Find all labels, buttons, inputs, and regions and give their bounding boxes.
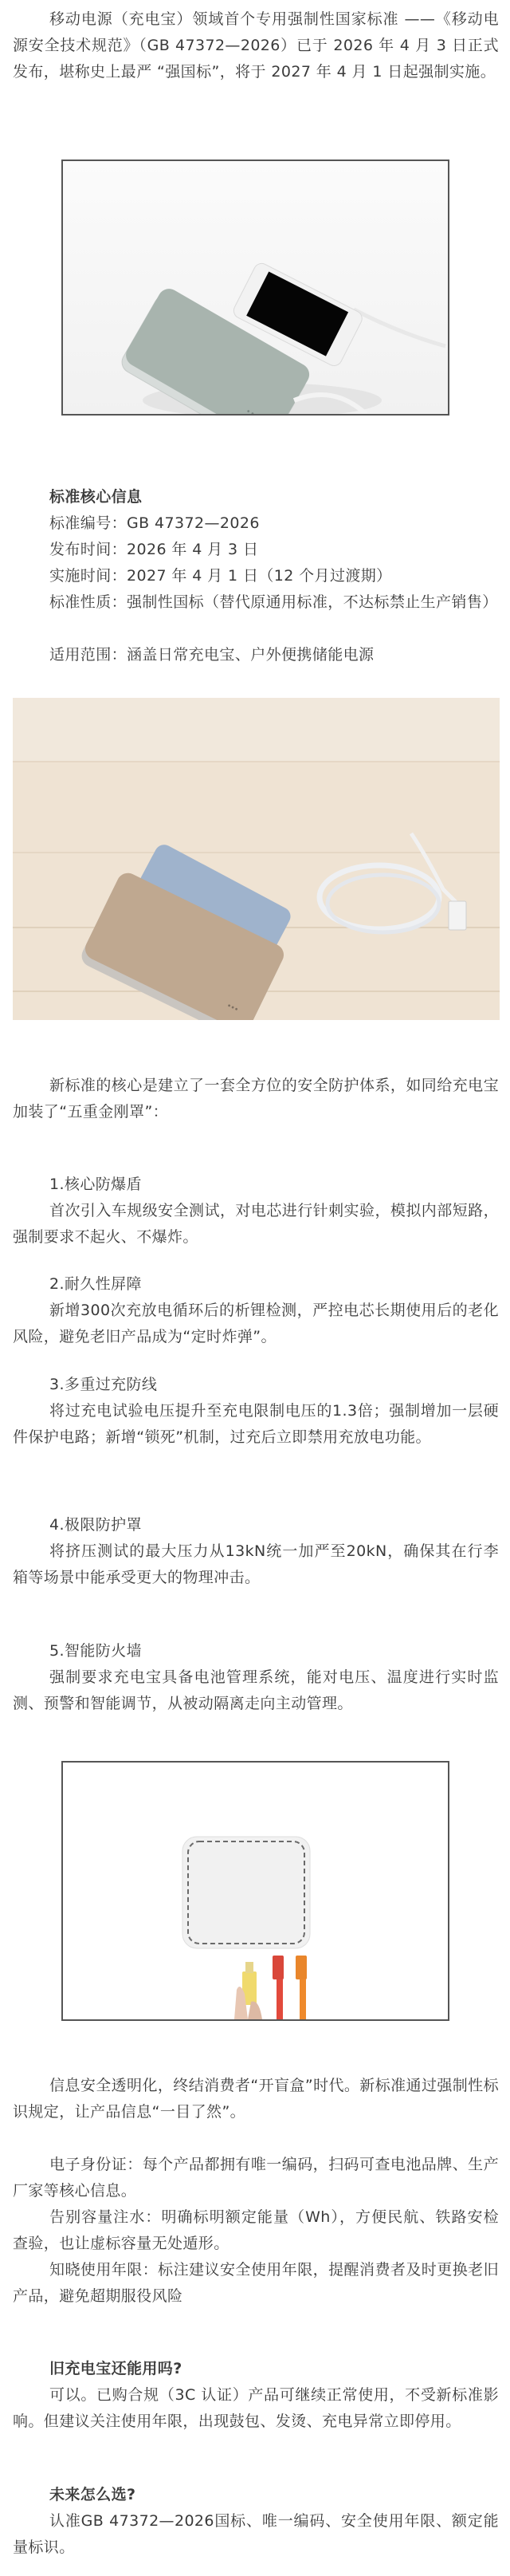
core-section-body: 首次引入车规级安全测试，对电芯进行针刺实验，模拟内部短路，强制要求不起火、不爆炸… <box>13 1198 499 1251</box>
core-section-title: 3.多重过充防线 <box>13 1372 499 1398</box>
standard-info-label: 标准性质： <box>49 593 127 611</box>
transparency-item: 电子身份证：每个产品都拥有唯一编码，扫码可查电池品牌、生产厂家等核心信息。 <box>13 2152 499 2204</box>
standard-info-item: 发布时间：2026 年 4 月 3 日 <box>13 537 499 563</box>
faq-question: 未来怎么选? <box>13 2482 499 2508</box>
standard-info-heading: 标准核心信息 <box>13 484 499 510</box>
core-section-body: 将挤压测试的最大压力从13kN统一加严至20kN，确保其在行李箱等场景中能承受更… <box>13 1538 499 1591</box>
image-power-banks-on-wood-table <box>13 698 500 1020</box>
standard-info-label: 实施时间： <box>49 567 127 585</box>
core-section-title: 4.极限防护罩 <box>13 1512 499 1538</box>
image-power-bank-charging-phone <box>61 160 449 416</box>
intro-paragraph: 移动电源（充电宝）领域首个专用强制性国家标准 ——《移动电源安全技术规范》（GB… <box>13 6 499 85</box>
standard-info-item: 标准性质：强制性国标（替代原通用标准，不达标禁止生产销售） <box>13 589 499 616</box>
faq-answer: 可以。已购合规（3C 认证）产品可继续正常使用，不受新标准影响。但建议关注使用年… <box>13 2382 499 2435</box>
standard-info-value: GB 47372—2026 <box>127 514 260 532</box>
transparency-item: 知晓使用年限：标注建议安全使用年限，提醒消费者及时更换老旧产品，避免超期服役风险 <box>13 2257 499 2310</box>
standard-info-item: 实施时间：2027 年 4 月 1 日（12 个月过渡期） <box>13 563 499 589</box>
image-white-device-with-cables <box>61 1761 449 2021</box>
faq-question: 旧充电宝还能用吗? <box>13 2356 499 2382</box>
standard-info-label: 标准编号： <box>49 514 127 532</box>
core-section-body: 新增300次充放电循环后的析锂检测，严控电芯长期使用后的老化风险，避免老旧产品成… <box>13 1298 499 1350</box>
standard-info-value: 涵盖日常充电宝、户外便携储能电源 <box>127 646 374 664</box>
standard-info-value: 强制性国标（替代原通用标准，不达标禁止生产销售） <box>127 593 498 611</box>
standard-info-item: 标准编号：GB 47372—2026 <box>13 510 499 537</box>
transparency-item: 告别容量注水：明确标明额定能量（Wh），方便民航、铁路安检查验，也让虚标容量无处… <box>13 2204 499 2257</box>
white-device-cables-illustration <box>63 1763 448 2019</box>
core-section-title: 2.耐久性屏障 <box>13 1271 499 1298</box>
power-bank-phone-illustration <box>63 161 448 414</box>
standard-info-value: 2026 年 4 月 3 日 <box>127 541 258 558</box>
core-section-title: 1.核心防爆盾 <box>13 1172 499 1198</box>
transparency-intro-paragraph: 信息安全透明化，终结消费者“开盲盒”时代。新标准通过强制性标识规定，让产品信息“… <box>13 2073 499 2125</box>
faq-answer: 认准GB 47372—2026国标、唯一编码、安全使用年限、额定能量标识。 <box>13 2508 499 2561</box>
standard-info-item: 适用范围：涵盖日常充电宝、户外便携储能电源 <box>13 642 499 668</box>
core-section-title: 5.智能防火墙 <box>13 1638 499 1664</box>
standard-info-label: 适用范围： <box>49 646 127 664</box>
core-intro-paragraph: 新标准的核心是建立了一套全方位的安全防护体系，如同给充电宝加装了“五重金刚罩”： <box>13 1073 499 1125</box>
standard-info-label: 发布时间： <box>49 541 127 558</box>
standard-info-value: 2027 年 4 月 1 日（12 个月过渡期） <box>127 567 392 585</box>
core-section-body: 强制要求充电宝具备电池管理系统，能对电压、温度进行实时监测、预警和智能调节，从被… <box>13 1664 499 1717</box>
core-section-body: 将过充电试验电压提升至充电限制电压的1.3倍；强制增加一层硬件保护电路；新增“锁… <box>13 1398 499 1451</box>
power-banks-wood-illustration <box>13 698 500 1020</box>
